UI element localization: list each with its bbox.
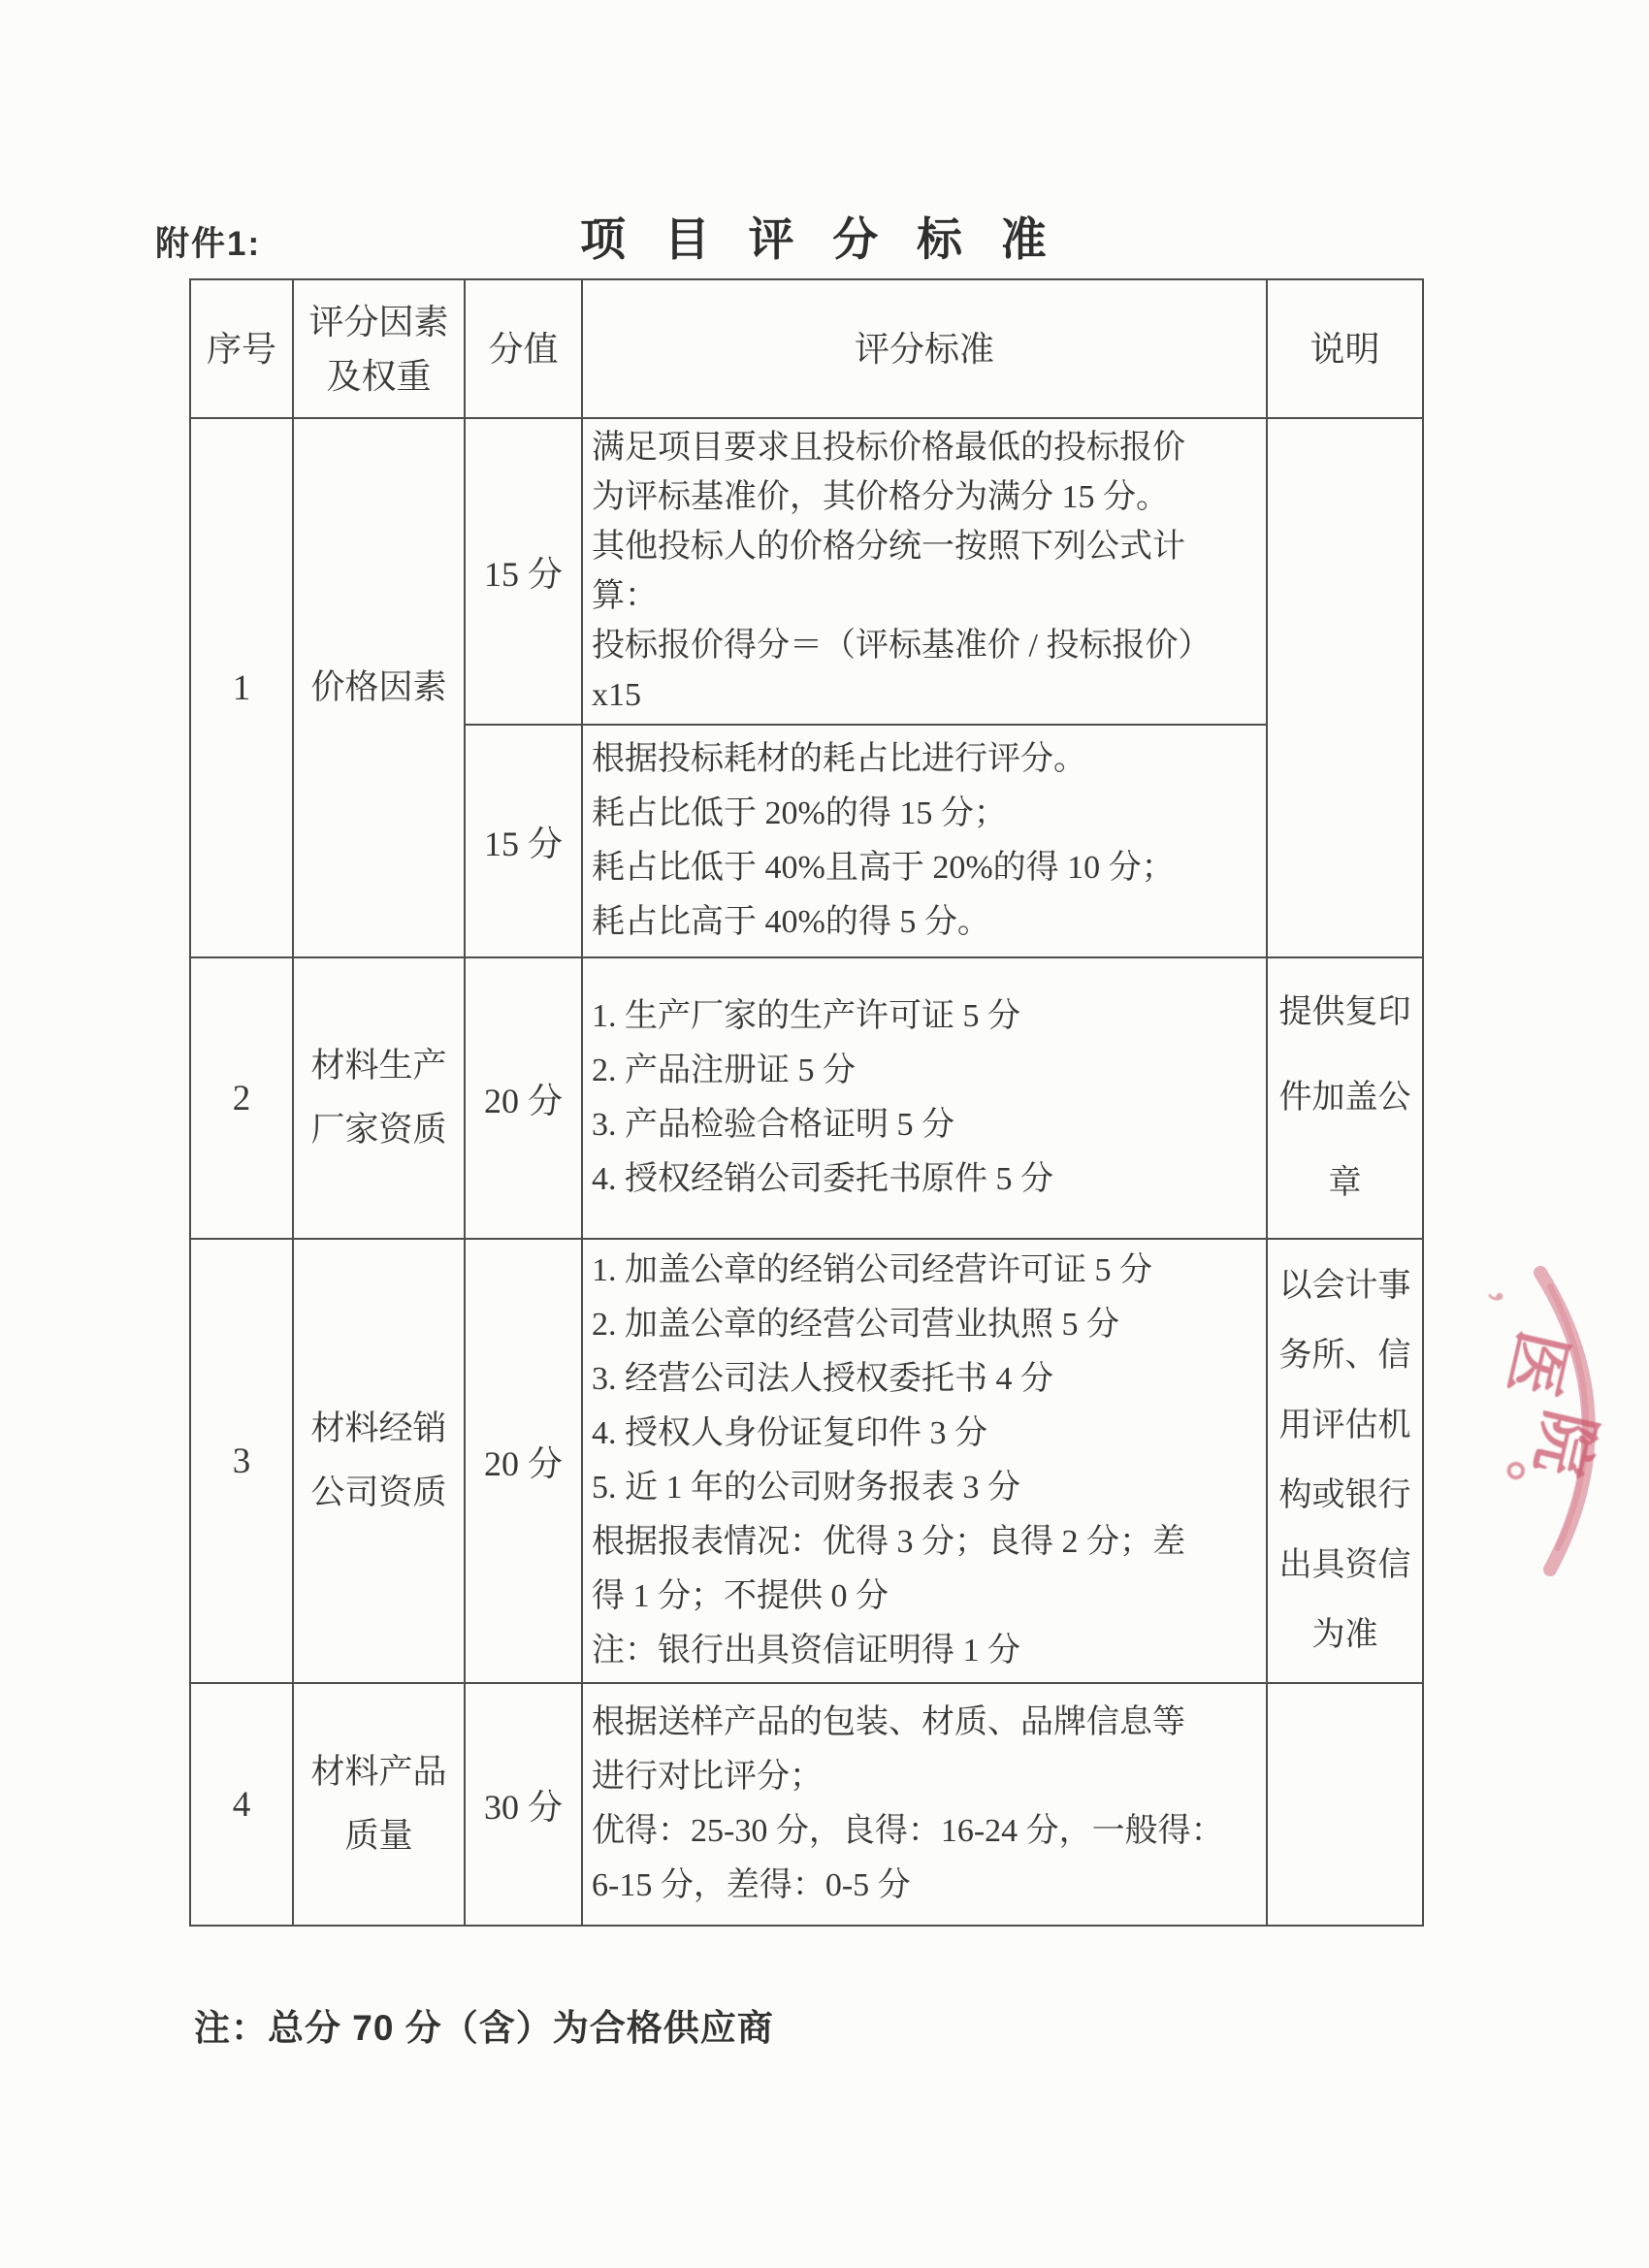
row3-factor: 材料经销 公司资质	[293, 1239, 465, 1683]
header-criteria: 评分标准	[582, 279, 1267, 418]
page-title: 项 目 评 分 标 准	[580, 204, 1060, 269]
row3-note: 以会计事 务所、信 用评估机 构或银行 出具资信 为准	[1267, 1239, 1423, 1683]
scanned-document-page: 附件1: 项 目 评 分 标 准 序号 评分因素 及权重 分值 评分标准 说明 …	[0, 0, 1649, 2268]
table-row-2: 2 材料生产 厂家资质 20 分 1. 生产厂家的生产许可证 5 分 2. 产品…	[190, 957, 1423, 1239]
row2-note: 提供复印 件加盖公 章	[1267, 957, 1423, 1239]
seal-char-yi: 医	[1491, 1324, 1595, 1408]
header-note: 说明	[1267, 279, 1423, 418]
row1a-criteria: 满足项目要求且投标价格最低的投标报价 为评标基准价，其价格分为满分 15 分。 …	[582, 418, 1267, 725]
table-row-3: 3 材料经销 公司资质 20 分 1. 加盖公章的经销公司经营许可证 5 分 2…	[190, 1239, 1423, 1683]
row2-index: 2	[190, 957, 293, 1239]
header-index: 序号	[190, 279, 293, 418]
attachment-label: 附件1:	[155, 217, 261, 266]
row1-note	[1267, 418, 1423, 957]
header-score: 分值	[465, 279, 582, 418]
row3-score: 20 分	[465, 1239, 582, 1683]
table-row-4: 4 材料产品 质量 30 分 根据送样产品的包装、材质、品牌信息等 进行对比评分…	[190, 1683, 1423, 1926]
row4-index: 4	[190, 1683, 293, 1926]
seal-period-mark: 。	[1489, 1457, 1579, 1527]
row4-criteria: 根据送样产品的包装、材质、品牌信息等 进行对比评分； 优得：25-30 分，良得…	[582, 1683, 1267, 1926]
header-factor: 评分因素 及权重	[293, 279, 465, 418]
table-row-1a: 1 价格因素 15 分 满足项目要求且投标价格最低的投标报价 为评标基准价，其价…	[190, 418, 1423, 725]
seal-faded-mark: ，	[1484, 1282, 1548, 1333]
row4-factor: 材料产品 质量	[293, 1683, 465, 1926]
row1b-criteria: 根据投标耗材的耗占比进行评分。 耗占比低于 20%的得 15 分； 耗占比低于 …	[582, 725, 1267, 957]
row1a-score: 15 分	[465, 418, 582, 725]
row3-index: 3	[190, 1239, 293, 1683]
row4-score: 30 分	[465, 1683, 582, 1926]
row3-criteria: 1. 加盖公章的经销公司经营许可证 5 分 2. 加盖公章的经营公司营业执照 5…	[582, 1239, 1267, 1683]
table-header-row: 序号 评分因素 及权重 分值 评分标准 说明	[190, 279, 1423, 418]
footer-note: 注：总分 70 分（含）为合格供应商	[194, 1998, 774, 2051]
row1-factor: 价格因素	[293, 418, 465, 957]
row2-criteria: 1. 生产厂家的生产许可证 5 分 2. 产品注册证 5 分 3. 产品检验合格…	[582, 957, 1267, 1239]
row2-factor: 材料生产 厂家资质	[293, 957, 465, 1239]
row1-index: 1	[190, 418, 293, 957]
row1b-score: 15 分	[465, 725, 582, 957]
row2-score: 20 分	[465, 957, 582, 1239]
scoring-table: 序号 评分因素 及权重 分值 评分标准 说明 1 价格因素 15 分 满足项目要…	[189, 278, 1424, 1927]
seal-char-yuan: 院	[1518, 1404, 1622, 1487]
row4-note	[1267, 1683, 1423, 1926]
